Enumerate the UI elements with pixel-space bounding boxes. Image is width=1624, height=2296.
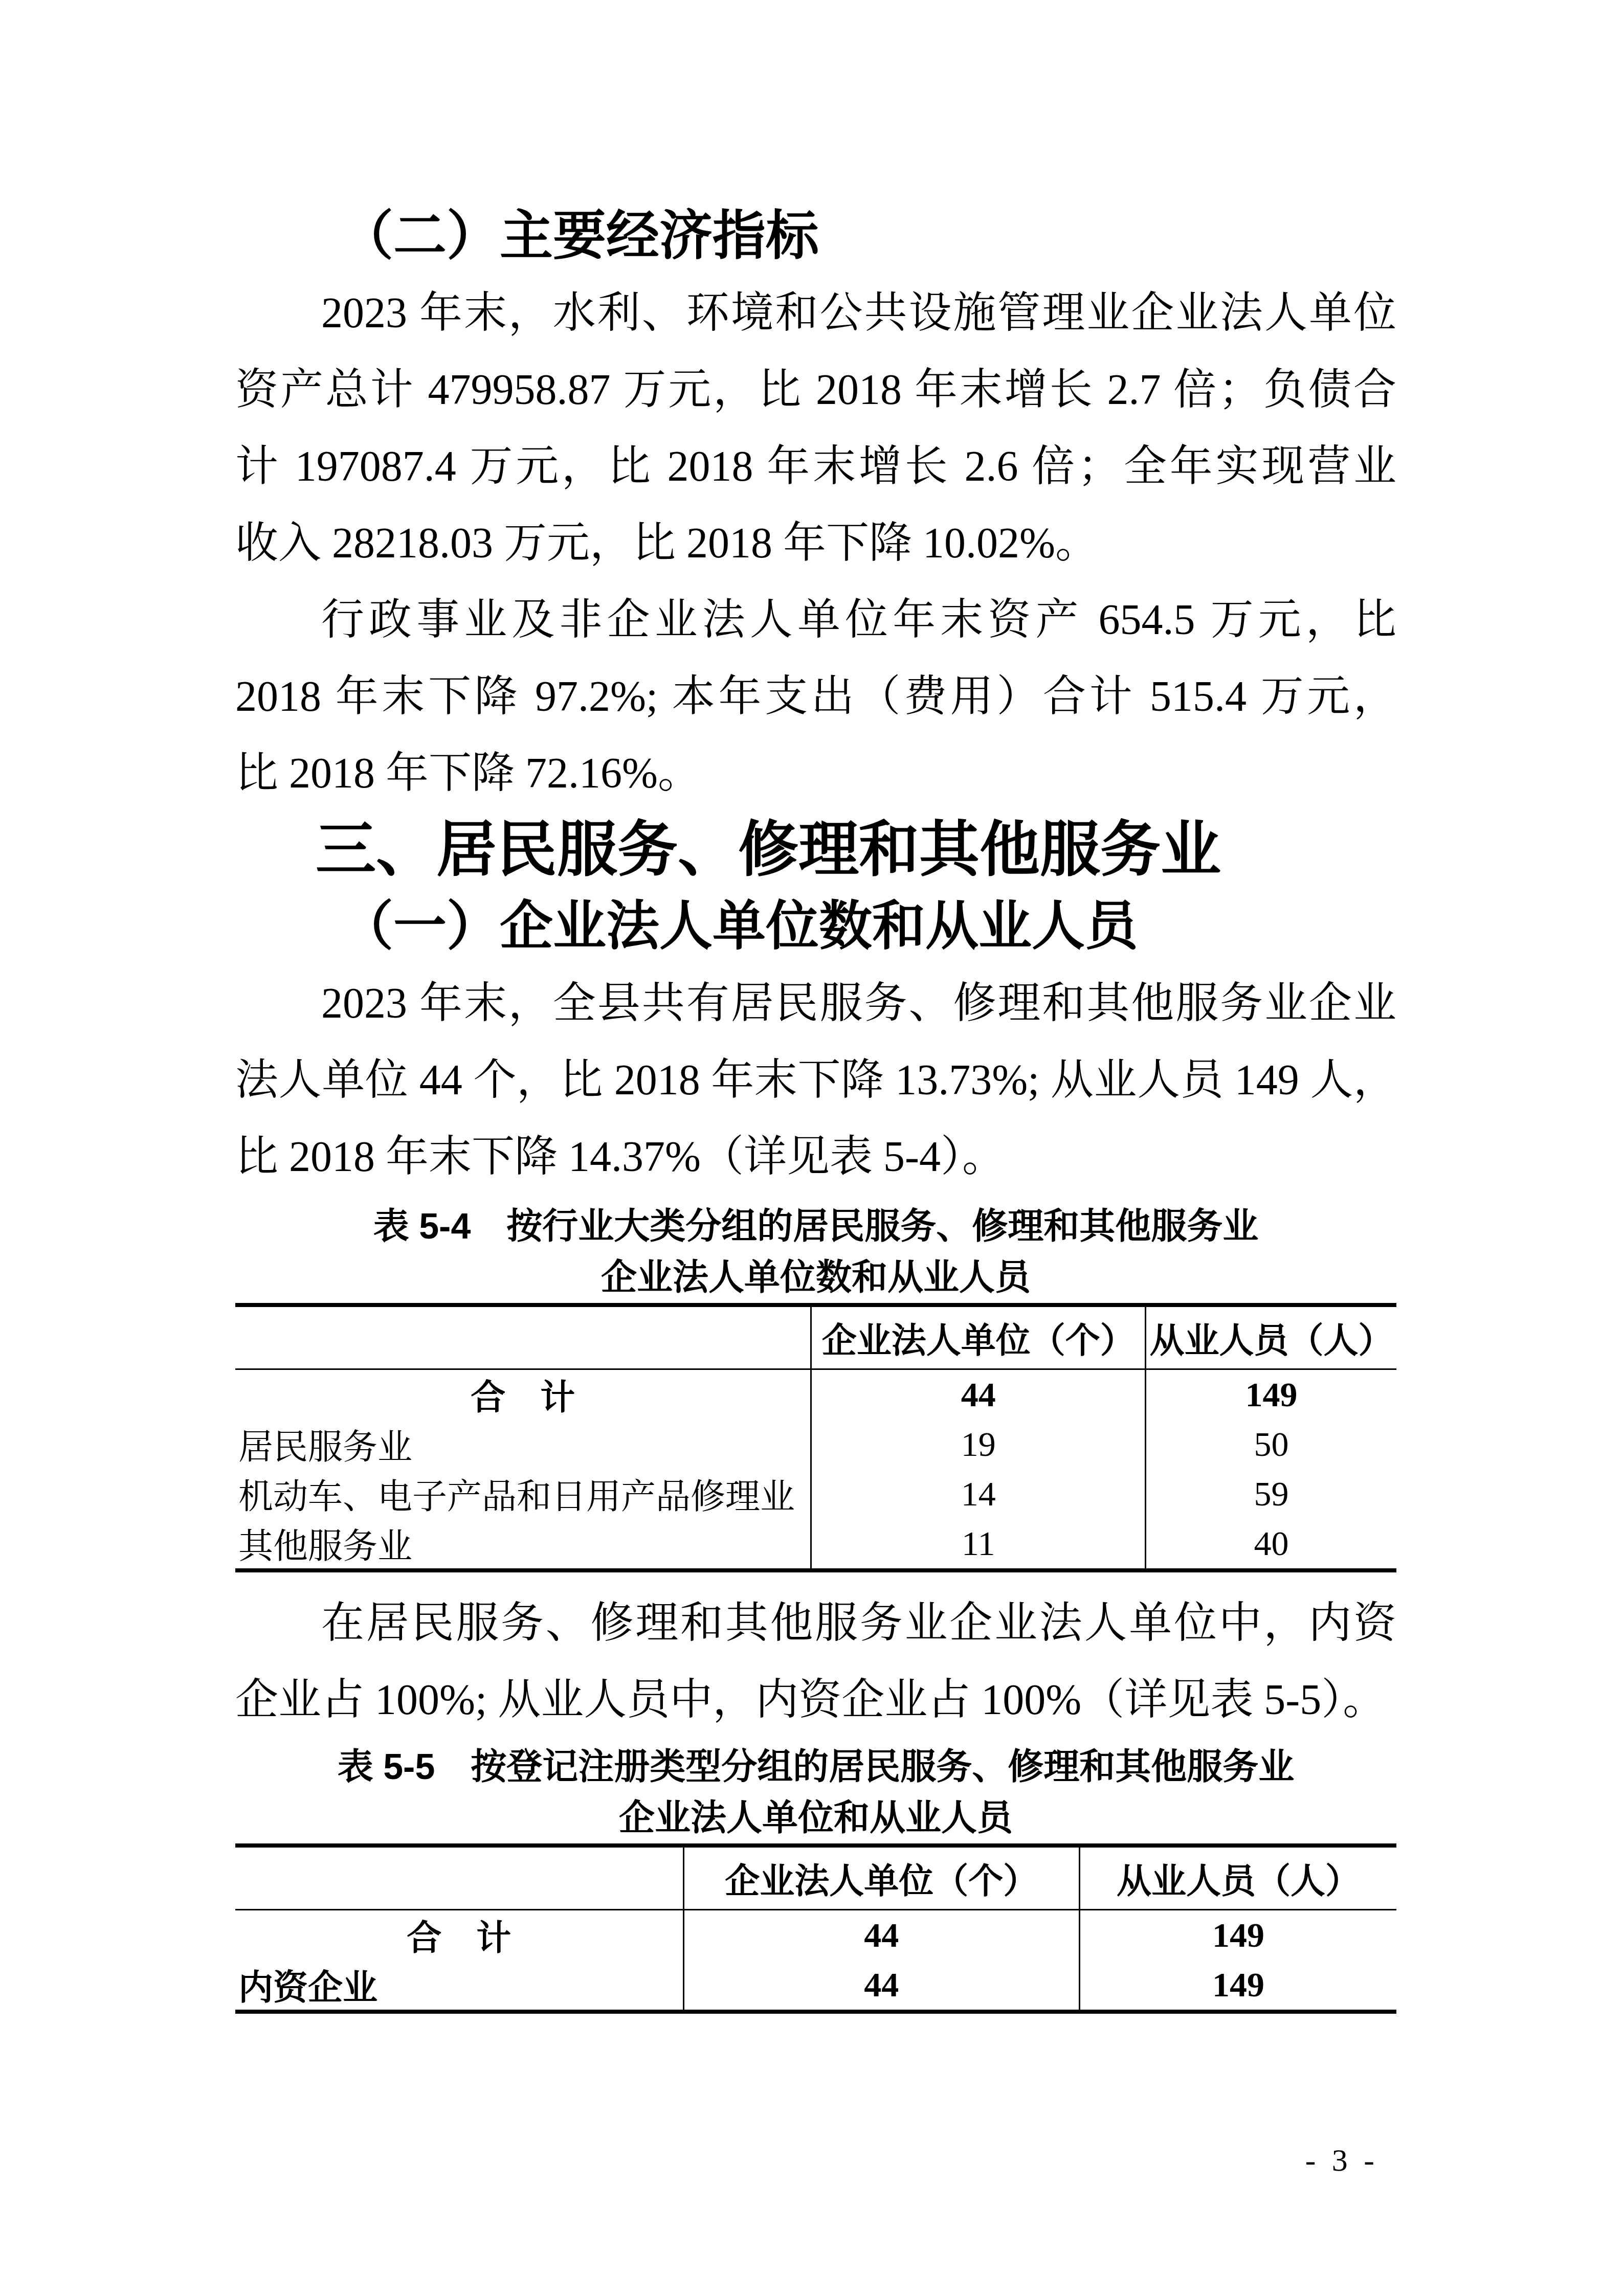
table-header-row: 企业法人单位（个） 从业人员（人） <box>235 1845 1396 1910</box>
table-row: 居民服务业1950 <box>235 1420 1396 1469</box>
text-line: 资产总计 479958.87 万元，比 2018 年末增长 2.7 倍；负债合 <box>235 352 1396 429</box>
table-row: 合 计44149 <box>235 1910 1396 1961</box>
staff-value-cell: 59 <box>1146 1469 1396 1519</box>
paragraph-economic-2: 行政事业及非企业法人单位年末资产 654.5 万元，比2018 年末下降 97.… <box>235 582 1396 812</box>
table-5-4-title-line1: 表 5-4 按行业大类分组的居民服务、修理和其他服务业 <box>235 1201 1396 1252</box>
section-heading-resident-services: 三、居民服务、修理和其他服务业 <box>235 812 1396 889</box>
units-value-cell: 14 <box>811 1469 1146 1519</box>
row-label-cell: 居民服务业 <box>235 1420 811 1469</box>
row-label-header <box>235 1845 683 1910</box>
row-label-cell: 合 计 <box>235 1910 683 1961</box>
row-label-cell: 合 计 <box>235 1369 811 1420</box>
page-content: （二）主要经济指标 2023 年末，水利、环境和公共设施管理业企业法人单位资产总… <box>0 198 1624 2181</box>
staff-value-cell: 40 <box>1146 1519 1396 1570</box>
staff-value-cell: 50 <box>1146 1420 1396 1469</box>
section-heading-economic-indicators: （二）主要经济指标 <box>235 198 1396 275</box>
column-header-units: 企业法人单位（个） <box>683 1845 1079 1910</box>
text-line: 行政事业及非企业法人单位年末资产 654.5 万元，比 <box>235 582 1396 659</box>
text-line: 2018 年末下降 97.2%; 本年支出（费用）合计 515.4 万元， <box>235 659 1396 735</box>
units-value-cell: 44 <box>683 1960 1079 2012</box>
staff-value-cell: 149 <box>1079 1910 1396 1961</box>
paragraph-services-1: 2023 年末，全县共有居民服务、修理和其他服务业企业法人单位 44 个，比 2… <box>235 965 1396 1196</box>
text-line: 比 2018 年下降 72.16%。 <box>235 735 1396 812</box>
text-line: 法人单位 44 个，比 2018 年末下降 13.73%; 从业人员 149 人… <box>235 1042 1396 1119</box>
row-label-cell: 其他服务业 <box>235 1519 811 1570</box>
text-line: 2023 年末，水利、环境和公共设施管理业企业法人单位 <box>235 275 1396 352</box>
table-5-5-title-line2: 企业法人单位和从业人员 <box>235 1792 1396 1843</box>
text-line: 在居民服务、修理和其他服务业企业法人单位中，内资 <box>235 1585 1396 1662</box>
table-row: 机动车、电子产品和日用产品修理业1459 <box>235 1469 1396 1519</box>
row-label-cell: 内资企业 <box>235 1960 683 2012</box>
table-row: 内资企业44149 <box>235 1960 1396 2012</box>
text-line: 企业占 100%; 从业人员中，内资企业占 100%（详见表 5-5）。 <box>235 1662 1396 1739</box>
column-header-staff: 从业人员（人） <box>1079 1845 1396 1910</box>
document-page: （二）主要经济指标 2023 年末，水利、环境和公共设施管理业企业法人单位资产总… <box>0 0 1624 2296</box>
table-5-4-title-line2: 企业法人单位数和从业人员 <box>235 1252 1396 1303</box>
row-label-header <box>235 1305 811 1369</box>
section-heading-legal-entities: （一）企业法人单位数和从业人员 <box>235 889 1396 965</box>
table-5-4: 企业法人单位（个） 从业人员（人） 合 计44149居民服务业1950机动车、电… <box>235 1303 1396 1572</box>
column-header-units: 企业法人单位（个） <box>811 1305 1146 1369</box>
text-line: 2023 年末，全县共有居民服务、修理和其他服务业企业 <box>235 965 1396 1042</box>
page-number: - 3 - <box>235 2140 1396 2181</box>
units-value-cell: 44 <box>683 1910 1079 1961</box>
table-5-5-title-line1: 表 5-5 按登记注册类型分组的居民服务、修理和其他服务业 <box>235 1741 1396 1792</box>
table-header-row: 企业法人单位（个） 从业人员（人） <box>235 1305 1396 1369</box>
text-line: 比 2018 年末下降 14.37%（详见表 5-4）。 <box>235 1119 1396 1196</box>
paragraph-services-2: 在居民服务、修理和其他服务业企业法人单位中，内资企业占 100%; 从业人员中，… <box>235 1585 1396 1739</box>
table-row: 合 计44149 <box>235 1369 1396 1420</box>
paragraph-economic-1: 2023 年末，水利、环境和公共设施管理业企业法人单位资产总计 479958.8… <box>235 275 1396 582</box>
units-value-cell: 44 <box>811 1369 1146 1420</box>
text-line: 收入 28218.03 万元，比 2018 年下降 10.02%。 <box>235 505 1396 582</box>
column-header-staff: 从业人员（人） <box>1146 1305 1396 1369</box>
table-row: 其他服务业1140 <box>235 1519 1396 1570</box>
staff-value-cell: 149 <box>1146 1369 1396 1420</box>
row-label-cell: 机动车、电子产品和日用产品修理业 <box>235 1469 811 1519</box>
units-value-cell: 19 <box>811 1420 1146 1469</box>
staff-value-cell: 149 <box>1079 1960 1396 2012</box>
units-value-cell: 11 <box>811 1519 1146 1570</box>
table-5-5: 企业法人单位（个） 从业人员（人） 合 计44149内资企业44149 <box>235 1843 1396 2014</box>
text-line: 计 197087.4 万元，比 2018 年末增长 2.6 倍；全年实现营业 <box>235 429 1396 505</box>
